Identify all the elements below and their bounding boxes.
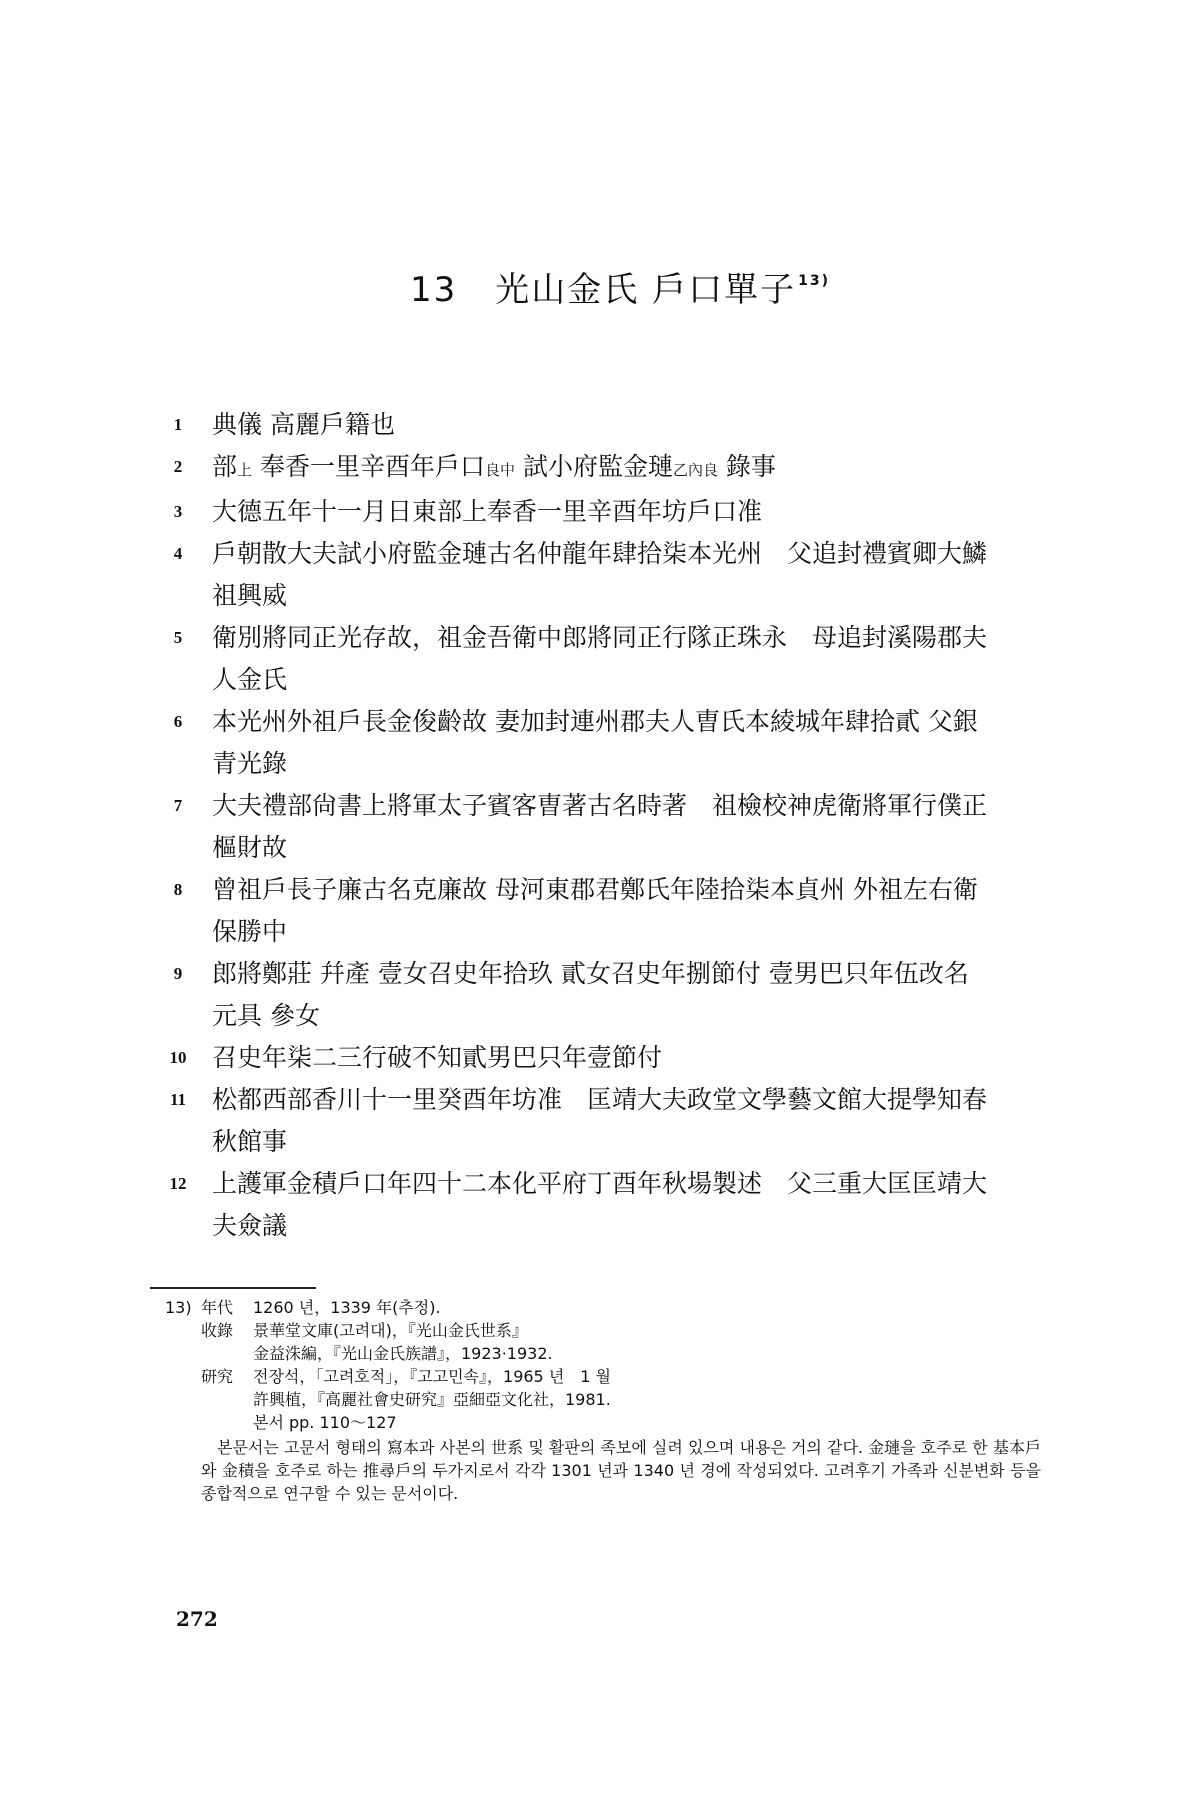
footnote-value: 金益洙編，『光山金氏族譜』，1923·1932. [253, 1344, 553, 1363]
line-text: 郎將鄭莊 幷產 壹女召史年拾玖 貳女召史年捌節付 壹男巴只年伍改名 [212, 959, 969, 988]
footnote-row: 收錄景華堂文庫(고려대)，『光山金氏世系』 [165, 1319, 1065, 1342]
line-number: 2 [158, 446, 198, 488]
line-text: 召史年柒二三行破不知貳男巴只年壹節付 [212, 1043, 662, 1072]
line-text: 試小府監金璉 [515, 452, 673, 481]
line-text: 大夫禮部尙書上將軍太子賓客曺著古名時著 祖檢校神虎衛將軍行僕正 [212, 791, 987, 820]
line-number: 10 [158, 1037, 198, 1079]
line-number: 8 [158, 869, 198, 911]
line-text: 部 [212, 452, 237, 481]
line-text: 大德五年十一月日東部上奉香一里辛酉年坊戶口准 [212, 497, 762, 526]
document-number: 13 [410, 270, 457, 310]
line-number: 5 [158, 617, 198, 659]
footnote-divider [150, 1287, 316, 1289]
page-title: 13光山金氏 戶口單子13) [0, 262, 1200, 311]
line-number: 9 [158, 953, 198, 995]
transcription-line: 6本光州外祖戶長金俊齡故 妻加封連州郡夫人曺氏本綾城年肆拾貳 父銀 [150, 701, 1070, 743]
footnote-row: 研究전장석，「고려호적」，『고고민속』，1965 년 1 월 [165, 1365, 1065, 1388]
transcription-line: 4戶朝散大夫試小府監金璉古名仲龍年肆拾柒本光州 父追封禮賓卿大鱗 [150, 533, 1070, 575]
transcription-line-continuation: 人金氏 [150, 659, 1070, 701]
line-text: 奉香一里辛酉年戶口 [252, 452, 485, 481]
line-text: 松都西部香川十一里癸酉年坊准 匡靖大夫政堂文學藝文館大提學知春 [212, 1085, 987, 1114]
line-text: 戶朝散大夫試小府監金璉古名仲龍年肆拾柒本光州 父追封禮賓卿大鱗 [212, 539, 987, 568]
line-text: 錄事 [718, 452, 776, 481]
line-number: 7 [158, 785, 198, 827]
line-text: 本光州外祖戶長金俊齡故 妻加封連州郡夫人曺氏本綾城年肆拾貳 父銀 [212, 707, 978, 736]
transcription-line: 10召史年柒二三行破不知貳男巴只年壹節付 [150, 1037, 1070, 1079]
line-text: 衛別將同正光存故，祖金吾衛中郎將同正行隊正珠永 母追封溪陽郡夫 [212, 623, 987, 652]
line-text: 上護軍金積戶口年四十二本化平府丁酉年秋場製述 父三重大匡匡靖大 [212, 1169, 987, 1198]
transcription-line: 3大德五年十一月日東部上奉香一里辛酉年坊戶口准 [150, 491, 1070, 533]
transcription-line-continuation: 青光錄 [150, 743, 1070, 785]
footnote-paragraph: 본문서는 고문서 형태의 寫本과 사본의 世系 및 활판의 족보에 실려 있으며… [165, 1436, 1041, 1505]
title-text: 光山金氏 戶口單子 [495, 270, 796, 310]
transcription-line: 2部上 奉香一里辛酉年戶口良中 試小府監金璉乙內良 錄事 [150, 446, 1070, 491]
transcription-body: 1典儀 高麗戶籍也2部上 奉香一里辛酉年戶口良中 試小府監金璉乙內良 錄事3大德… [150, 404, 1070, 1247]
transcription-line-continuation: 秋館事 [150, 1121, 1070, 1163]
footnote-value: 許興植，『高麗社會史研究』亞細亞文化社，1981. [253, 1390, 611, 1409]
transcription-line-continuation: 夫僉議 [150, 1205, 1070, 1247]
annotation-text: 良中 [485, 461, 515, 479]
transcription-line-continuation: 元具 參女 [150, 995, 1070, 1037]
footnote-label: 13) [165, 1296, 201, 1319]
page-number: 272 [176, 1607, 218, 1631]
line-text: 曾祖戶長子廉古名克廉故 母河東郡君鄭氏年陸拾柒本貞州 外祖左右衛 [212, 875, 978, 904]
transcription-line: 9郎將鄭莊 幷產 壹女召史年拾玖 貳女召史年捌節付 壹男巴只年伍改名 [150, 953, 1070, 995]
line-number: 11 [158, 1079, 198, 1121]
transcription-line-continuation: 祖興威 [150, 575, 1070, 617]
footnote-row: 본서 pp. 110～127 [165, 1411, 1065, 1434]
footnote-key: 研究 [201, 1365, 253, 1388]
line-number: 3 [158, 491, 198, 533]
footnote-value: 본서 pp. 110～127 [253, 1413, 397, 1432]
footnote-key: 收錄 [201, 1319, 253, 1342]
transcription-line-continuation: 保勝中 [150, 911, 1070, 953]
transcription-line: 7大夫禮部尙書上將軍太子賓客曺著古名時著 祖檢校神虎衛將軍行僕正 [150, 785, 1070, 827]
line-number: 12 [158, 1163, 198, 1205]
line-number: 6 [158, 701, 198, 743]
transcription-line-continuation: 樞財故 [150, 827, 1070, 869]
line-text: 典儀 高麗戶籍也 [212, 410, 395, 439]
line-number: 4 [158, 533, 198, 575]
footnote-row: 13) 年代1260 년，1339 年(추정). [165, 1296, 1065, 1319]
transcription-line: 1典儀 高麗戶籍也 [150, 404, 1070, 446]
transcription-line: 8曾祖戶長子廉古名克廉故 母河東郡君鄭氏年陸拾柒本貞州 外祖左右衛 [150, 869, 1070, 911]
annotation-text: 上 [237, 461, 252, 479]
footnote-block: 13) 年代1260 년，1339 年(추정).收錄景華堂文庫(고려대)，『光山… [165, 1296, 1065, 1505]
footnote-row: 金益洙編，『光山金氏族譜』，1923·1932. [165, 1342, 1065, 1365]
transcription-line: 5衛別將同正光存故，祖金吾衛中郎將同正行隊正珠永 母追封溪陽郡夫 [150, 617, 1070, 659]
footnote-value: 1260 년，1339 年(추정). [253, 1298, 441, 1317]
transcription-line: 11松都西部香川十一里癸酉年坊准 匡靖大夫政堂文學藝文館大提學知春 [150, 1079, 1070, 1121]
annotation-text: 乙內良 [673, 461, 718, 479]
footnote-value: 전장석，「고려호적」，『고고민속』，1965 년 1 월 [253, 1367, 611, 1386]
line-number: 1 [158, 404, 198, 446]
footnote-key: 年代 [201, 1296, 253, 1319]
footnote-reference[interactable]: 13) [798, 273, 830, 289]
footnote-value: 景華堂文庫(고려대)，『光山金氏世系』 [253, 1321, 528, 1340]
transcription-line: 12上護軍金積戶口年四十二本化平府丁酉年秋場製述 父三重大匡匡靖大 [150, 1163, 1070, 1205]
footnote-row: 許興植，『高麗社會史研究』亞細亞文化社，1981. [165, 1388, 1065, 1411]
